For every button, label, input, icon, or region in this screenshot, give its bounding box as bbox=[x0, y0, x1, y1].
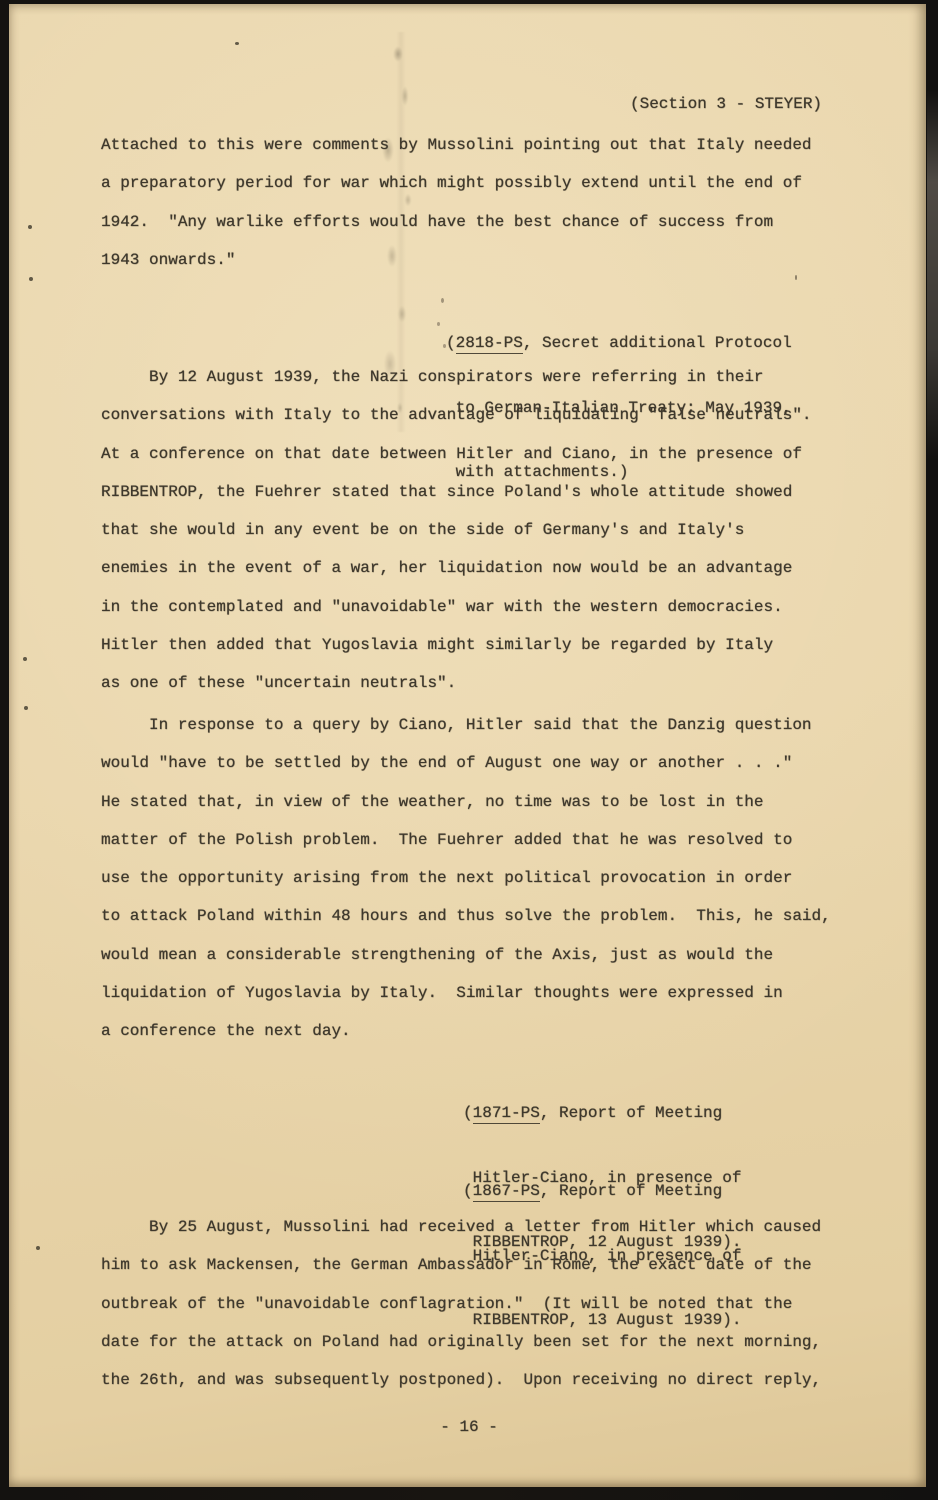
ink-speck bbox=[437, 322, 440, 326]
page-content: (Section 3 - STEYER) Attached to this we… bbox=[0, 0, 938, 1500]
citation-line: (2818-PS, Secret additional Protocol bbox=[446, 333, 792, 355]
paragraph-4: By 25 August, Mussolini had received a l… bbox=[101, 1208, 901, 1399]
paragraph-2: By 12 August 1939, the Nazi conspirators… bbox=[101, 358, 901, 703]
ink-speck bbox=[235, 42, 239, 45]
citation-line: (1867-PS, Report of Meeting bbox=[463, 1181, 741, 1203]
citation-open-paren: ( bbox=[463, 1182, 473, 1200]
citation-open-paren: ( bbox=[463, 1104, 473, 1122]
page-number: - 16 - bbox=[0, 1417, 938, 1437]
citation-line: (1871-PS, Report of Meeting bbox=[463, 1103, 741, 1125]
citation-open-paren: ( bbox=[446, 334, 456, 352]
ink-speck bbox=[23, 657, 27, 661]
citation-doc-id: 2818-PS bbox=[456, 334, 523, 354]
ink-speck bbox=[28, 225, 32, 229]
citation-doc-id: 1871-PS bbox=[473, 1104, 540, 1124]
section-header: (Section 3 - STEYER) bbox=[630, 94, 822, 114]
paragraph-3: In response to a query by Ciano, Hitler … bbox=[101, 706, 901, 1051]
scanned-document-page: (Section 3 - STEYER) Attached to this we… bbox=[0, 0, 938, 1500]
ink-speck bbox=[36, 1246, 40, 1250]
citation-line1-rest: , Report of Meeting bbox=[540, 1182, 722, 1200]
citation-doc-id: 1867-PS bbox=[473, 1182, 540, 1202]
ink-speck bbox=[441, 298, 444, 303]
paragraph-1: Attached to this were comments by Mussol… bbox=[101, 126, 901, 279]
citation-line1-rest: , Secret additional Protocol bbox=[523, 334, 792, 352]
ink-speck bbox=[24, 706, 28, 710]
ink-speck bbox=[29, 277, 33, 281]
citation-line1-rest: , Report of Meeting bbox=[540, 1104, 722, 1122]
